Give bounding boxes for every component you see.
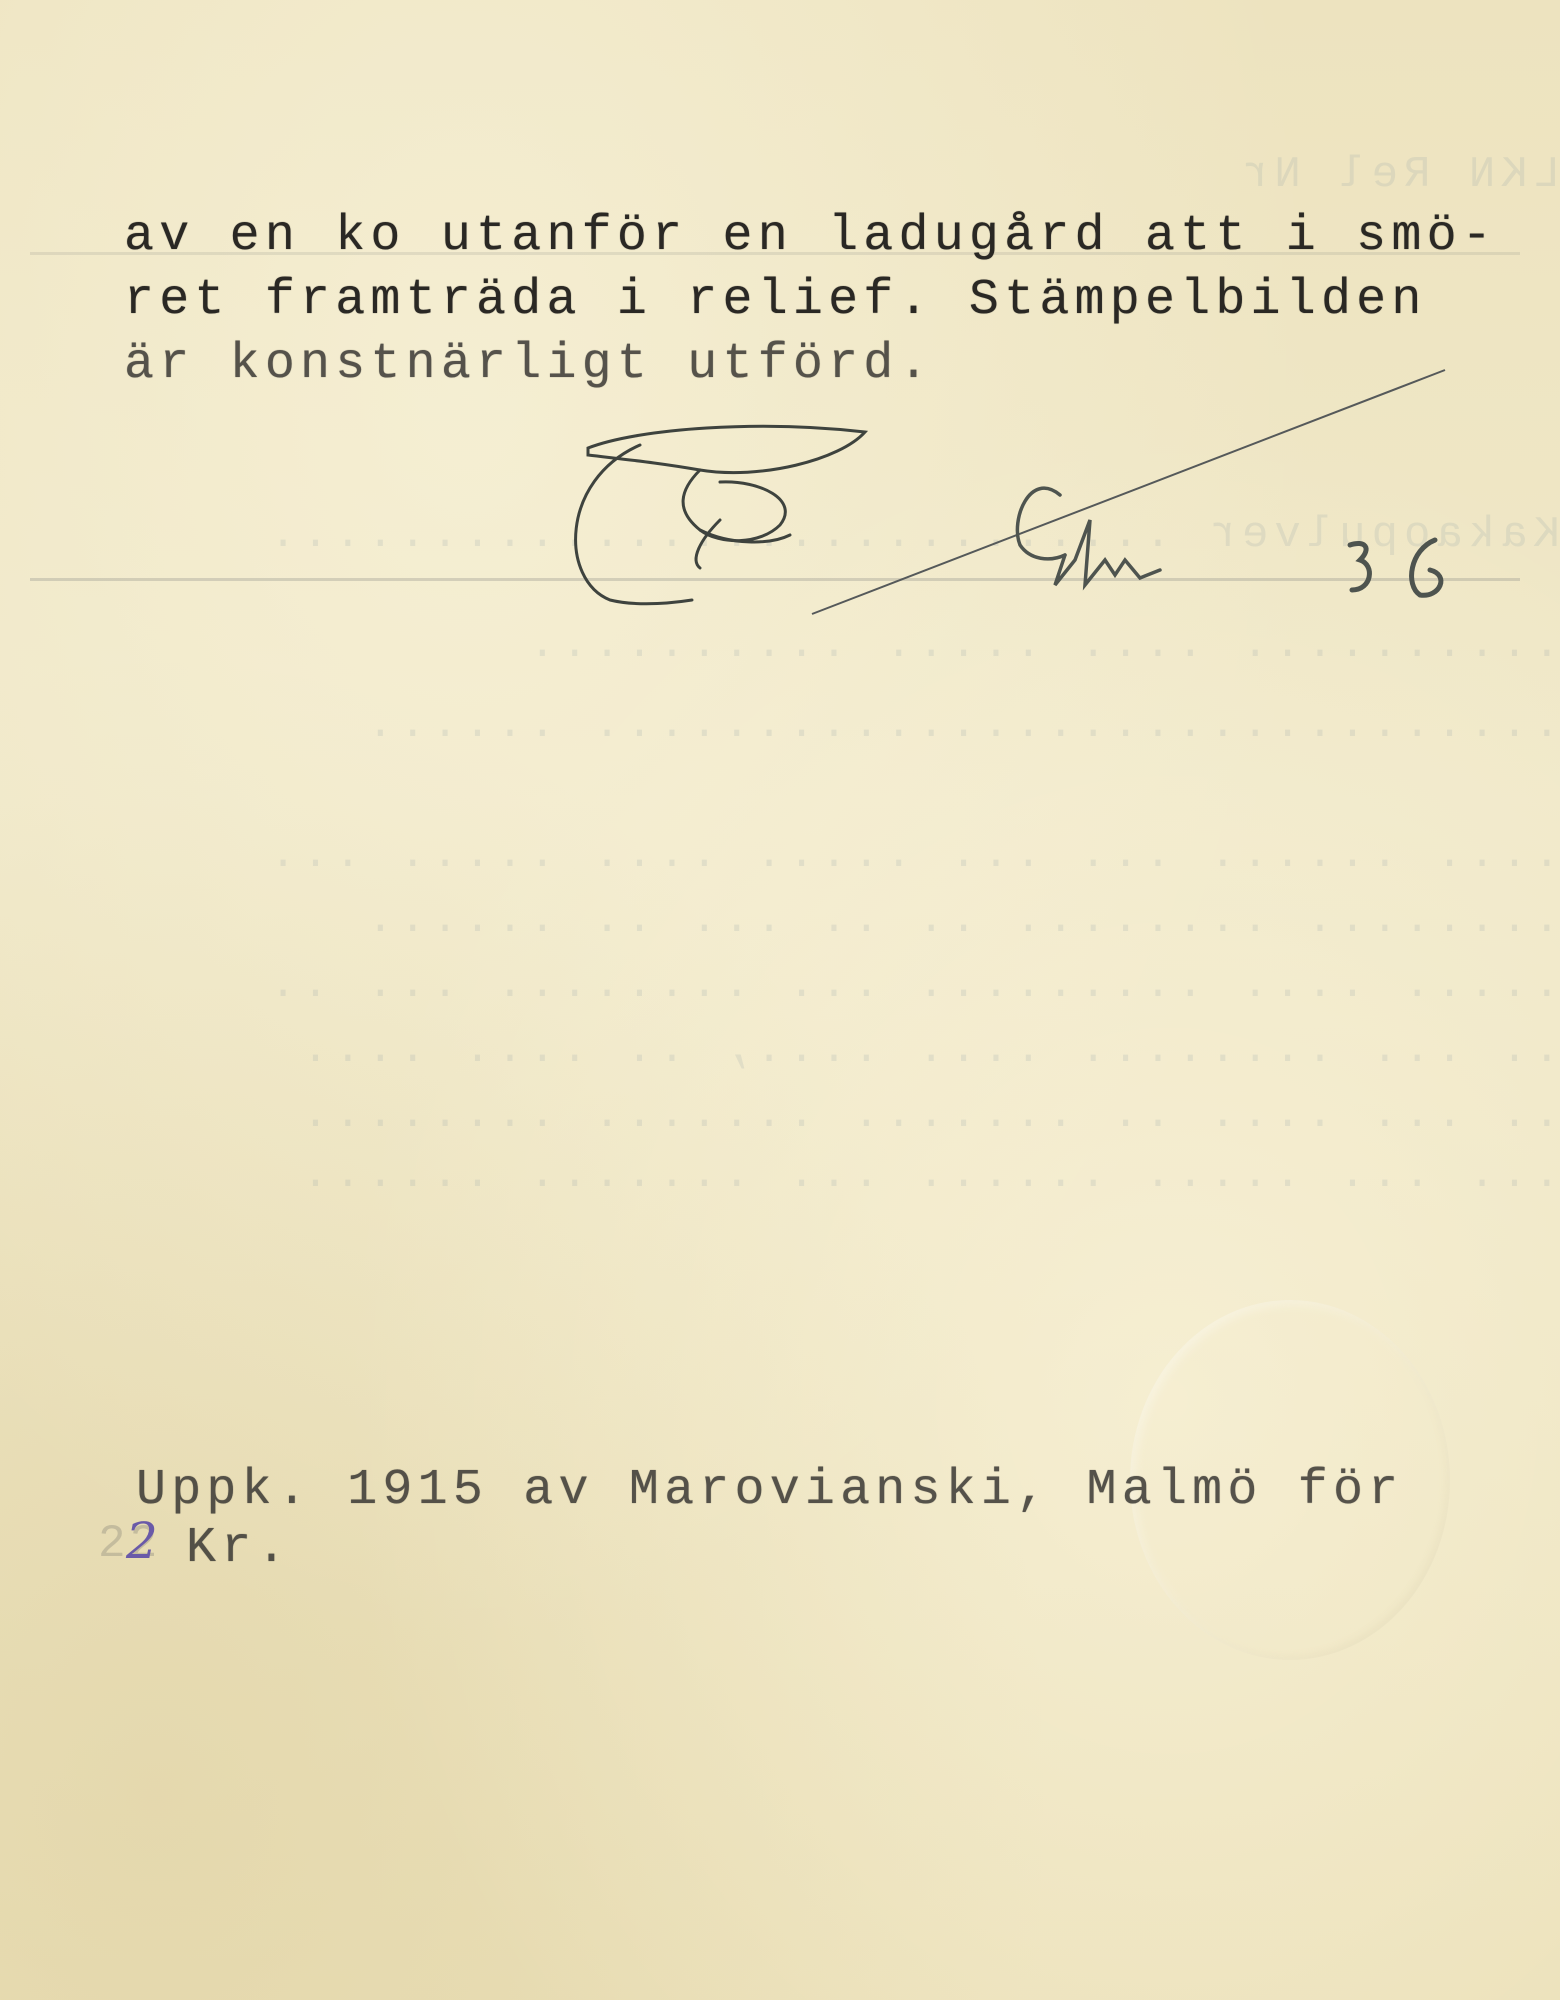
initials-b-icon [576,426,865,603]
provenance-line: Uppk. 1915 av Marovianski, Malmö för [136,1462,1403,1519]
handwritten-number-36 [1350,540,1441,595]
handwritten-signature [0,0,1560,2000]
currency-line: Kr. [186,1520,292,1577]
signature-ehm-icon [1017,488,1160,585]
pencil-stroke [812,370,1445,614]
handwritten-amount: 2 [126,1512,158,1570]
